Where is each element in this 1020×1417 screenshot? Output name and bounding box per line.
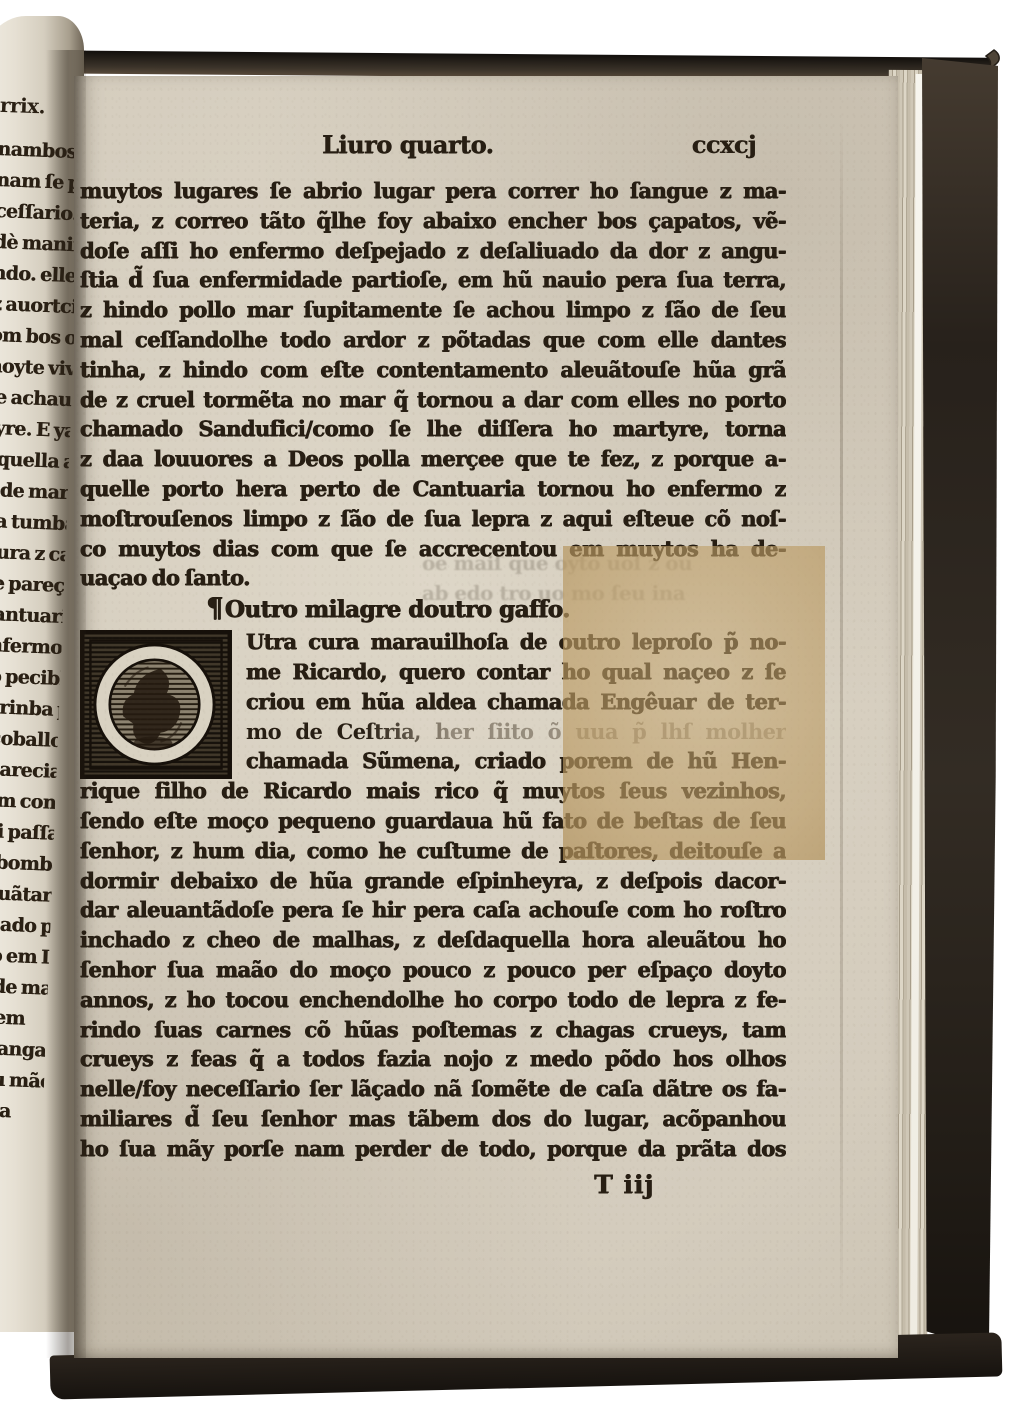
text-fragment-line: ſe achaua b [0, 382, 72, 416]
text-fragment-line: nam confe [0, 784, 56, 818]
folio-number: ccxcj [692, 130, 756, 159]
text-fragment-line: bo de ma [0, 970, 48, 1004]
text-fragment-line: a coballo. f [0, 723, 58, 757]
ink-bleedthrough: oe maiſ que oyto uoſ z ouab edo tro uo m… [422, 548, 794, 608]
binding-cover-right [922, 58, 998, 1364]
text-fragment-line: os bombas [0, 846, 53, 880]
text-line: dar aleuantãdoſe pera ſe hir pera caſa a… [80, 895, 786, 925]
running-title: Liuro quarto. [322, 130, 493, 159]
text-line: chamado Sandufici/como ſe lhe diſſera ho… [80, 414, 786, 444]
text-line: mal ceſſandolhe todo ardor z põtadas que… [80, 325, 786, 355]
text-fragment-line: aquella abe [0, 444, 69, 478]
text-line: doſe aſſi ho enfermo deſpejado z deſaliu… [80, 236, 786, 266]
text-fragment-line: z gua [0, 1094, 43, 1128]
text-fragment-line: do langar [0, 1032, 46, 1066]
text-line: criou em hũa aldea chamada Engêuar de te… [246, 687, 786, 717]
text-line: crueys z feas q̃ a todos fazia nojo z me… [80, 1044, 786, 1074]
bleedthrough-line: ab edo tro uo mo ſeu ina [422, 578, 794, 608]
body-text-block-1: muytos lugares ſe abrio lugar pera corre… [80, 176, 786, 593]
text-fragment-line: ltura z capd [0, 537, 66, 571]
woodcut-initial-O [80, 630, 232, 779]
text-line: me Ricardo, quero contar ho qual naçeo z… [246, 657, 786, 687]
text-line: rindo ſuas carnes cõ hũas poſtemas z cha… [80, 1015, 786, 1045]
text-line: quelle porto hera perto de Cantuaria tor… [80, 474, 786, 504]
text-line: chamada Sũmena, criado porem de hũ Hen- [246, 746, 786, 776]
text-fragment-line: da tumba o [0, 506, 67, 540]
text-column: muytos lugares ſe abrio lugar pera corre… [80, 176, 786, 1203]
text-line: ſendo eſte moço pequeno guardaua hũ fato… [80, 806, 786, 836]
text-line: mo de Ceſtria, her ſiito õ uua p̃ lhſ mo… [246, 717, 786, 747]
text-line: annos, z ho tocou enchendolhe ho corpo t… [80, 985, 786, 1015]
text-line: rique filho de Ricardo mais rico q̃ muyt… [80, 776, 786, 806]
text-fragment-line: de pareço [0, 568, 65, 602]
text-fragment-line: enfermo co [0, 630, 62, 664]
text-fragment-line: aſſi paſſan [0, 815, 55, 849]
text-fragment-line: ceſſario. iuv [0, 196, 79, 230]
quire-signature: T iij [80, 1169, 786, 1203]
text-fragment-line: vocado poll [0, 908, 51, 942]
text-line: inchado z cheo de malhas, z deſdaquella … [80, 925, 786, 955]
previous-page-text-fragments: nambos vainam ſe podrceſſario. iuvdè man… [0, 134, 82, 1129]
bleedthrough-line: oe maiſ que oyto uoſ z ou [422, 548, 794, 578]
running-header: Liuro quarto. ccxcj [74, 130, 898, 164]
text-fragment-line: bo pecibl [0, 661, 61, 695]
text-line: Utra cura marauilhoſa de outro leproſo p… [246, 627, 786, 657]
text-fragment-line: ndo. elle an [0, 258, 77, 292]
text-line: ho ſua mãy porſe nam perder de todo, por… [80, 1134, 786, 1164]
text-line: dormir debaixo de hũa grande eſpinheyra,… [80, 866, 786, 896]
text-line: nelle/foy neceſſario ſer lãçado nã ſomẽt… [80, 1074, 786, 1104]
text-line: miliares d̃ ſeu ſenhor mas tãbem dos do … [80, 1104, 786, 1134]
text-line: ſenhor ſua maão do moço pouco z pouco pe… [80, 955, 786, 985]
text-line: z daa louuores a Deos polla merçee que t… [80, 444, 786, 474]
text-line: teria, z correo tãto q̃lhe foy abaixo en… [80, 206, 786, 236]
previous-page-folio-fragment: rrix. [0, 93, 66, 119]
text-fragment-line: dolem [0, 1001, 47, 1035]
text-fragment-line: aleuãtarc [0, 877, 52, 911]
text-line: moſtrouſenos limpo z ſão de ſua lepra z … [80, 504, 786, 534]
previous-page-edge: rrix. nambos vainam ſe podrceſſario. iuv… [0, 16, 84, 1332]
text-fragment-line: o de marav [0, 475, 68, 509]
text-line: ſtia d̃ ſua enfermidade partioſe, em hũ … [80, 265, 786, 295]
text-fragment-line: nam ſe podr [0, 165, 81, 199]
text-fragment-line: ualu mãe [0, 1063, 45, 1097]
pilcrow-icon: ¶ [206, 593, 223, 624]
text-fragment-line: nambos vai [0, 134, 82, 168]
text-fragment-line: Cantuaria [0, 599, 63, 633]
text-line: muytos lugares ſe abrio lugar pera corre… [80, 176, 786, 206]
text-fragment-line: om bos out [0, 320, 74, 354]
text-fragment-line: noyte vivo [0, 351, 73, 385]
body-text-block-2: rique filho de Ricardo mais rico q̃ muyt… [80, 776, 786, 1163]
text-line: de z cruel tormẽta no mar q̃ tornou a da… [80, 385, 786, 415]
text-fragment-line: z parecialh [0, 754, 57, 788]
text-fragment-line: z auortcib [0, 289, 76, 323]
woodcut-initial-graphic [80, 630, 232, 779]
text-fragment-line: tyre. E ya [0, 413, 71, 447]
text-fragment-line: odo em L [0, 939, 50, 973]
page-crease [840, 116, 843, 1316]
text-line: z hindo pollo mar ſupitamente ſe achou l… [80, 295, 786, 325]
recto-page: Liuro quarto. ccxcj muytos lugares ſe ab… [74, 76, 898, 1358]
text-line: tinha, z hindo com eſte contentamento al… [80, 355, 786, 385]
book-photograph: rrix. nambos vainam ſe podrceſſario. iuv… [0, 0, 1020, 1417]
text-line: ſenhor, z hum dia, como he cuſtume de pa… [80, 836, 786, 866]
text-fragment-line: dè manifeſt [0, 227, 78, 261]
drop-cap-paragraph: Utra cura marauilhoſa de outro leproſo p… [80, 627, 786, 776]
text-fragment-line: to rinba px [0, 692, 60, 726]
